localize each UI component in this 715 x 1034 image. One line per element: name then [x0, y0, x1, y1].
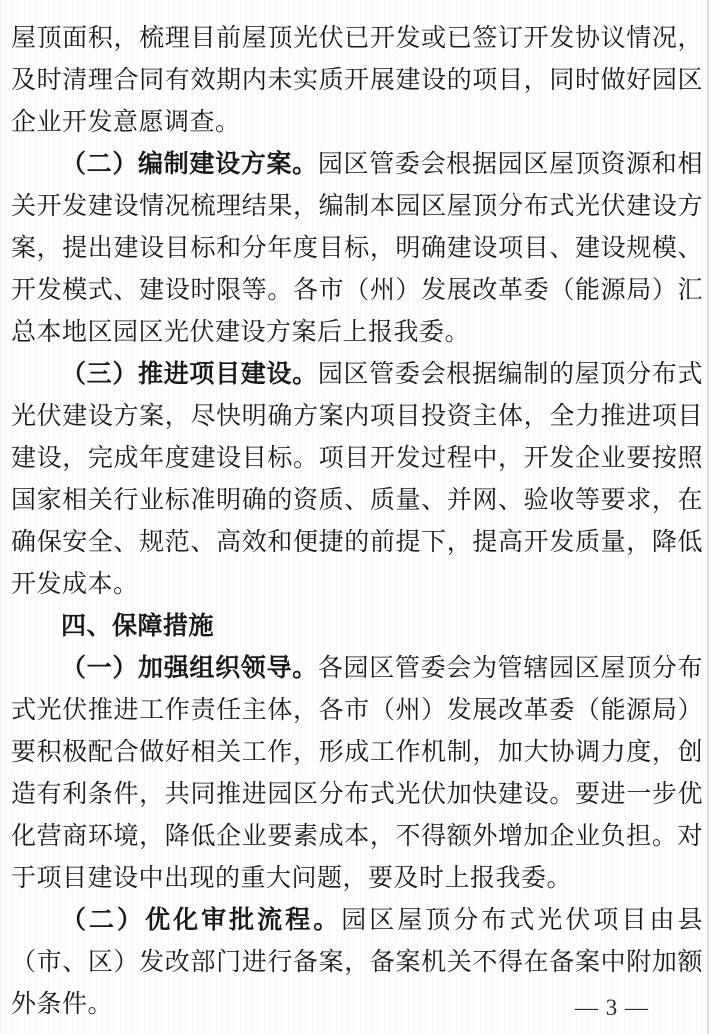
- paragraph-compile-plan: （二）编制建设方案。园区管委会根据园区屋顶资源和相关开发建设情况梳理结果，编制本…: [11, 144, 703, 354]
- paragraph-continuation: 屋顶面积，梳理目前屋顶光伏已开发或已签订开发协议情况，及时清理合同有效期内未实质…: [11, 18, 703, 144]
- scan-streak-line: [707, 0, 709, 1034]
- paragraph-lead: （三）推进项目建设。: [61, 361, 318, 388]
- paragraph-text: 屋顶面积，梳理目前屋顶光伏已开发或已签订开发协议情况，及时清理合同有效期内未实质…: [11, 25, 703, 136]
- paragraph-lead: （一）加强组织领导。: [61, 655, 318, 682]
- paragraph-lead: （二）编制建设方案。: [61, 151, 318, 178]
- page-number: — 3 —: [575, 994, 649, 1022]
- paragraph-advance-projects: （三）推进项目建设。园区管委会根据编制的屋顶分布式光伏建设方案，尽快明确方案内项…: [11, 354, 703, 606]
- paragraph-text: 园区管委会根据园区屋顶资源和相关开发建设情况梳理结果，编制本园区屋顶分布式光伏建…: [11, 151, 703, 346]
- document-page: 屋顶面积，梳理目前屋顶光伏已开发或已签订开发协议情况，及时清理合同有效期内未实质…: [0, 0, 715, 1034]
- paragraph-lead: （二）优化审批流程。: [61, 907, 341, 934]
- section-heading-safeguards: 四、保障措施: [11, 606, 703, 648]
- paragraph-text: 园区管委会根据编制的屋顶分布式光伏建设方案，尽快明确方案内项目投资主体，全力推进…: [11, 361, 703, 598]
- paragraph-text: 各园区管委会为管辖园区屋顶分布式光伏推进工作责任主体，各市（州）发展改革委（能源…: [11, 655, 703, 892]
- paragraph-strengthen-leadership: （一）加强组织领导。各园区管委会为管辖园区屋顶分布式光伏推进工作责任主体，各市（…: [11, 648, 703, 900]
